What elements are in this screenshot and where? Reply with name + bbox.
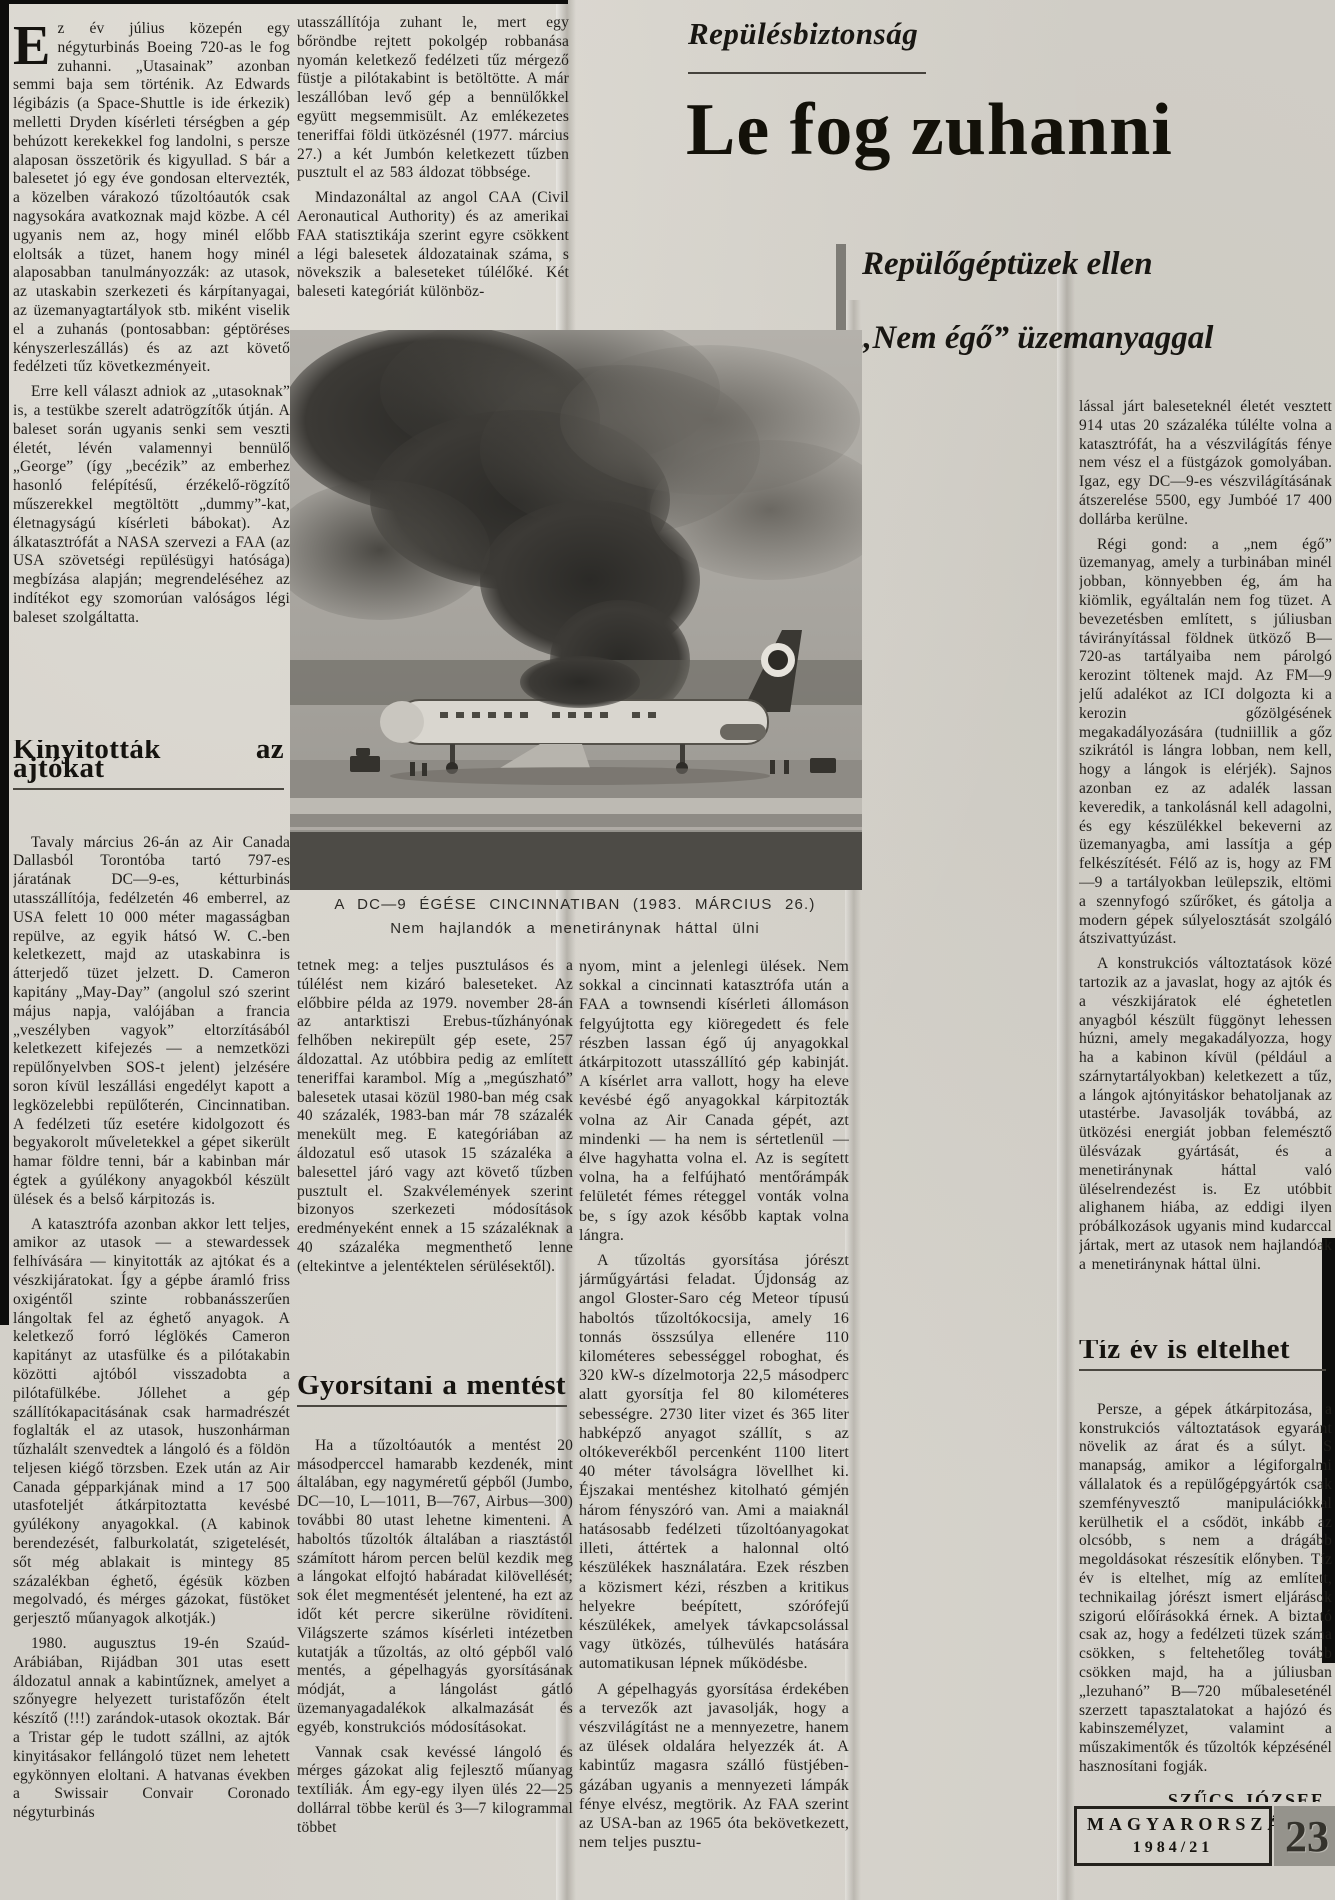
column-2-top: utasszállítója zuhant le, mert egy bőrön…: [297, 14, 569, 326]
magazine-name: MAGYARORSZÁG: [1087, 1814, 1259, 1835]
paragraph: Erre kell választ adniok az „utasoknak” …: [13, 383, 290, 627]
paragraph: A gépelhagyás gyorsítása érdekében a ter…: [579, 1680, 849, 1853]
column-4-top: lással járt baleseteknél életét vesztett…: [1079, 398, 1332, 1334]
column-2-middle: tetnek meg: a teljes pusztulásos és a tú…: [297, 957, 573, 1371]
paragraph: tetnek meg: a teljes pusztulásos és a tú…: [297, 957, 573, 1277]
scan-edge-left: [0, 0, 9, 1325]
photo-caption: A DC—9 ÉGÉSE CINCINNATIBAN (1983. MÁRCIU…: [292, 896, 858, 937]
newspaper-page: Repülésbiztonság Le fog zuhanni Repülőgé…: [0, 0, 1335, 1900]
paragraph: 1980. augusztus 19-én Szaúd-Arábiában, R…: [13, 1635, 290, 1823]
lead-paragraph: Ez év július közepén egy négyturbinás Bo…: [13, 20, 290, 377]
drop-cap: E: [13, 20, 58, 69]
photo-bottom-highlight: [290, 827, 862, 832]
page-number: 23: [1274, 1806, 1335, 1866]
section-kicker: Repülésbiztonság: [688, 16, 918, 52]
burning-dc9-photo: [290, 330, 862, 890]
kicker-underline: [688, 72, 926, 74]
paragraph: Tavaly március 26-án az Air Canada Dalla…: [13, 834, 290, 1210]
photo-caption-line2: Nem hajlandók a menetiránynak háttal üln…: [292, 920, 858, 937]
section-heading-rescue: Gyorsítani a mentést: [297, 1376, 567, 1407]
paragraph: Vannak csak kevéssé lángoló és mérges gá…: [297, 1744, 573, 1838]
photo-bottom-band: [290, 830, 862, 890]
paragraph: Persze, a gépek átkárpitozása, a konstru…: [1079, 1401, 1332, 1777]
photo-caption-line1: A DC—9 ÉGÉSE CINCINNATIBAN (1983. MÁRCIU…: [292, 896, 858, 913]
author-byline: SZŰCS JÓZSEF: [1079, 1791, 1332, 1802]
paragraph: lással járt baleseteknél életét vesztett…: [1079, 398, 1332, 530]
subhead-line2: „Nem égő” üzemanyaggal: [856, 320, 1213, 357]
column-1-top: Ez év július közepén egy négyturbinás Bo…: [13, 20, 290, 736]
column-1-bottom: Kinyitották az ajtókat Tavaly március 26…: [13, 740, 290, 1896]
photo-fold-band: [290, 798, 862, 814]
column-2-bottom: Gyorsítani a mentést Ha a tűzoltóautók a…: [297, 1376, 573, 1896]
section-heading-doors: Kinyitották az ajtókat: [13, 740, 284, 790]
column-4-bottom: Tíz év is eltelhet Persze, a gépek átkár…: [1079, 1340, 1332, 1802]
column-3: nyom, mint a jelenlegi ülések. Nem sokka…: [579, 957, 849, 1896]
paragraph: A tűzoltás gyorsítása jórészt járműgyárt…: [579, 1251, 849, 1673]
paragraph: utasszállítója zuhant le, mert egy bőrön…: [297, 14, 569, 183]
paragraph-text: z év július közepén egy négyturbinás Boe…: [13, 20, 290, 375]
headline: Le fog zuhanni: [686, 88, 1173, 173]
magazine-footer: MAGYARORSZÁG 1984/21 23: [1074, 1806, 1335, 1866]
scan-edge-top: [0, 0, 568, 4]
paragraph: Régi gond: a „nem égő” üzemanyag, amely …: [1079, 536, 1332, 950]
paragraph: Mindazonáltal az angol CAA (Civil Aerona…: [297, 189, 569, 302]
paragraph: nyom, mint a jelenlegi ülések. Nem sokka…: [579, 957, 849, 1245]
section-heading-tenyears: Tíz év is eltelhet: [1079, 1340, 1326, 1371]
subhead-line1: Repülőgéptüzek ellen: [862, 246, 1153, 283]
magazine-title-box: MAGYARORSZÁG 1984/21: [1074, 1806, 1272, 1866]
paragraph: A konstrukciós változtatások közé tartoz…: [1079, 955, 1332, 1275]
fold-crease: [1057, 270, 1075, 1900]
paragraph: A katasztrófa azonban akkor lett teljes,…: [13, 1216, 290, 1630]
paragraph: Ha a tűzoltóautók a mentést 20 másodperc…: [297, 1437, 573, 1738]
article-photo: [290, 330, 862, 890]
magazine-issue: 1984/21: [1087, 1839, 1259, 1857]
